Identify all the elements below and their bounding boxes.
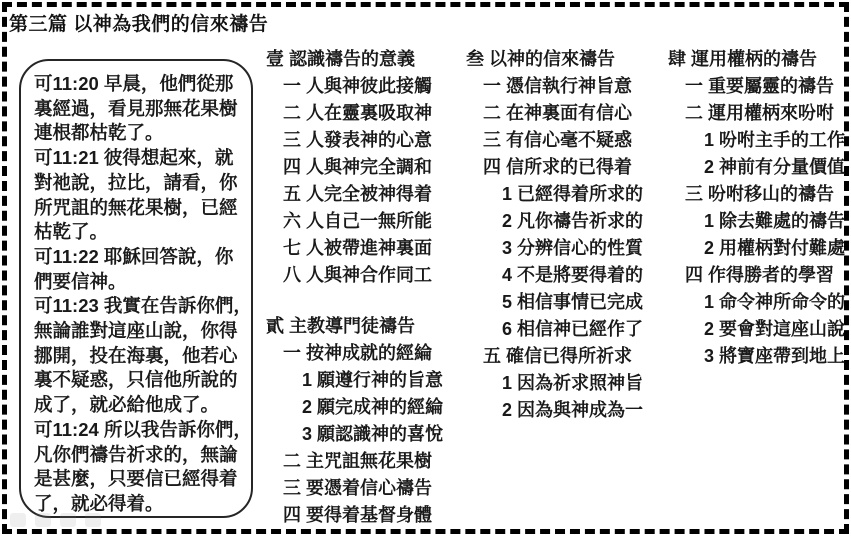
- outline-page: 第三篇 以神為我們的信來禱告 可11:20 早晨，他們從那裏經過，看見那無花果樹…: [0, 0, 851, 536]
- outline-item: 3 分辨信心的性質: [466, 235, 666, 262]
- outline-item: 2 凡你禱告祈求的: [466, 208, 666, 235]
- outline-item: 6 相信神已經作了: [466, 316, 666, 343]
- outline-item: 三 有信心毫不疑惑: [466, 127, 666, 154]
- outline-item: 貳 主教導門徒禱告: [266, 313, 466, 340]
- outline-column-1: 壹 認識禱告的意義一 人與神彼此接觸二 人在靈裏吸取神三 人發表神的心意四 人與…: [266, 46, 466, 529]
- outline-item: 七 人被帶進神裏面: [266, 235, 466, 262]
- outline-item: 2 神前有分量價值: [668, 154, 848, 181]
- scripture-line: 對祂說，拉比，請看，你: [34, 171, 245, 196]
- scripture-line: 裏經過，看見那無花果樹: [34, 97, 245, 122]
- outline-item: 2 要會對這座山說: [668, 316, 848, 343]
- scripture-line: 是甚麼，只要信已經得着: [34, 467, 245, 492]
- scripture-line: 無論誰對這座山說，你得: [34, 319, 245, 344]
- scripture-line: 可11:24 所以我告訴你們，: [34, 418, 245, 443]
- outline-item: 1 已經得着所求的: [466, 181, 666, 208]
- outline-item: 四 人與神完全調和: [266, 154, 466, 181]
- outline-item: 1 因為祈求照神旨: [466, 370, 666, 397]
- outline-item: 5 相信事情已完成: [466, 289, 666, 316]
- outline-item: 三 吩咐移山的禱告: [668, 181, 848, 208]
- scripture-line: 成了，就必給他成了。: [34, 393, 245, 418]
- faint-icon: [85, 513, 101, 527]
- outline-item: 壹 認識禱告的意義: [266, 46, 466, 73]
- scripture-line: 可11:22 耶穌回答說，你: [34, 245, 245, 270]
- outline-item: 五 確信已得所祈求: [466, 343, 666, 370]
- outline-item: 二 運用權柄來吩咐: [668, 100, 848, 127]
- outline-item: 3 將寶座帶到地上: [668, 343, 848, 370]
- outline-item: 一 人與神彼此接觸: [266, 73, 466, 100]
- faint-icon: [60, 513, 76, 527]
- outline-item: 四 信所求的已得着: [466, 154, 666, 181]
- outline-item: 四 作得勝者的學習: [668, 262, 848, 289]
- scripture-line: 可11:20 早晨，他們從那: [34, 72, 245, 97]
- faint-icon: [10, 513, 26, 527]
- outline-item: 1 吩咐主手的工作: [668, 127, 848, 154]
- faint-icon: [35, 513, 51, 527]
- outline-item: 一 憑信執行神旨意: [466, 73, 666, 100]
- outline-item: 2 用權柄對付難處: [668, 235, 848, 262]
- outline-item: 4 不是將要得着的: [466, 262, 666, 289]
- outline-item: 三 要憑着信心禱告: [266, 475, 466, 502]
- outline-item: 2 願完成神的經綸: [266, 394, 466, 421]
- outline-item: 1 除去難處的禱告: [668, 208, 848, 235]
- scripture-quote-box: 可11:20 早晨，他們從那裏經過，看見那無花果樹連根都枯乾了。可11:21 彼…: [19, 59, 253, 518]
- scripture-line: 可11:21 彼得想起來，就: [34, 146, 245, 171]
- outline-item: 一 重要屬靈的禱告: [668, 73, 848, 100]
- outline-item: 1 命令神所命令的: [668, 289, 848, 316]
- outline-item: 八 人與神合作同工: [266, 262, 466, 289]
- scripture-line: 連根都枯乾了。: [34, 121, 245, 146]
- outline-item: 三 人發表神的心意: [266, 127, 466, 154]
- outline-item: 五 人完全被神得着: [266, 181, 466, 208]
- scripture-line: 枯乾了。: [34, 220, 245, 245]
- outline-item: 四 要得着基督身體: [266, 502, 466, 529]
- page-title: 第三篇 以神為我們的信來禱告: [9, 9, 268, 36]
- outline-item: 二 主咒詛無花果樹: [266, 448, 466, 475]
- scripture-line: 凡你們禱告祈求的，無論: [34, 443, 245, 468]
- outline-item: 六 人自己一無所能: [266, 208, 466, 235]
- scripture-line: 可11:23 我實在告訴你們，: [34, 294, 245, 319]
- outline-item: 一 按神成就的經綸: [266, 340, 466, 367]
- scripture-line: 裏不疑惑，只信他所說的: [34, 368, 245, 393]
- scripture-line: 們要信神。: [34, 270, 245, 295]
- scripture-line: 所咒詛的無花果樹，已經: [34, 196, 245, 221]
- outline-item: 二 人在靈裏吸取神: [266, 100, 466, 127]
- outline-item: 叁 以神的信來禱告: [466, 46, 666, 73]
- outline-item: 1 願遵行神的旨意: [266, 367, 466, 394]
- outline-item: 2 因為與神成為一: [466, 397, 666, 424]
- outline-column-2: 叁 以神的信來禱告一 憑信執行神旨意二 在神裏面有信心三 有信心毫不疑惑四 信所…: [466, 46, 666, 424]
- outline-column-3: 肆 運用權柄的禱告一 重要屬靈的禱告二 運用權柄來吩咐1 吩咐主手的工作2 神前…: [668, 46, 848, 370]
- outline-item: 3 願認識神的喜悅: [266, 421, 466, 448]
- watermark-icons: [10, 508, 110, 532]
- outline-item: 二 在神裏面有信心: [466, 100, 666, 127]
- scripture-line: 挪開，投在海裏，他若心: [34, 344, 245, 369]
- outline-item: 肆 運用權柄的禱告: [668, 46, 848, 73]
